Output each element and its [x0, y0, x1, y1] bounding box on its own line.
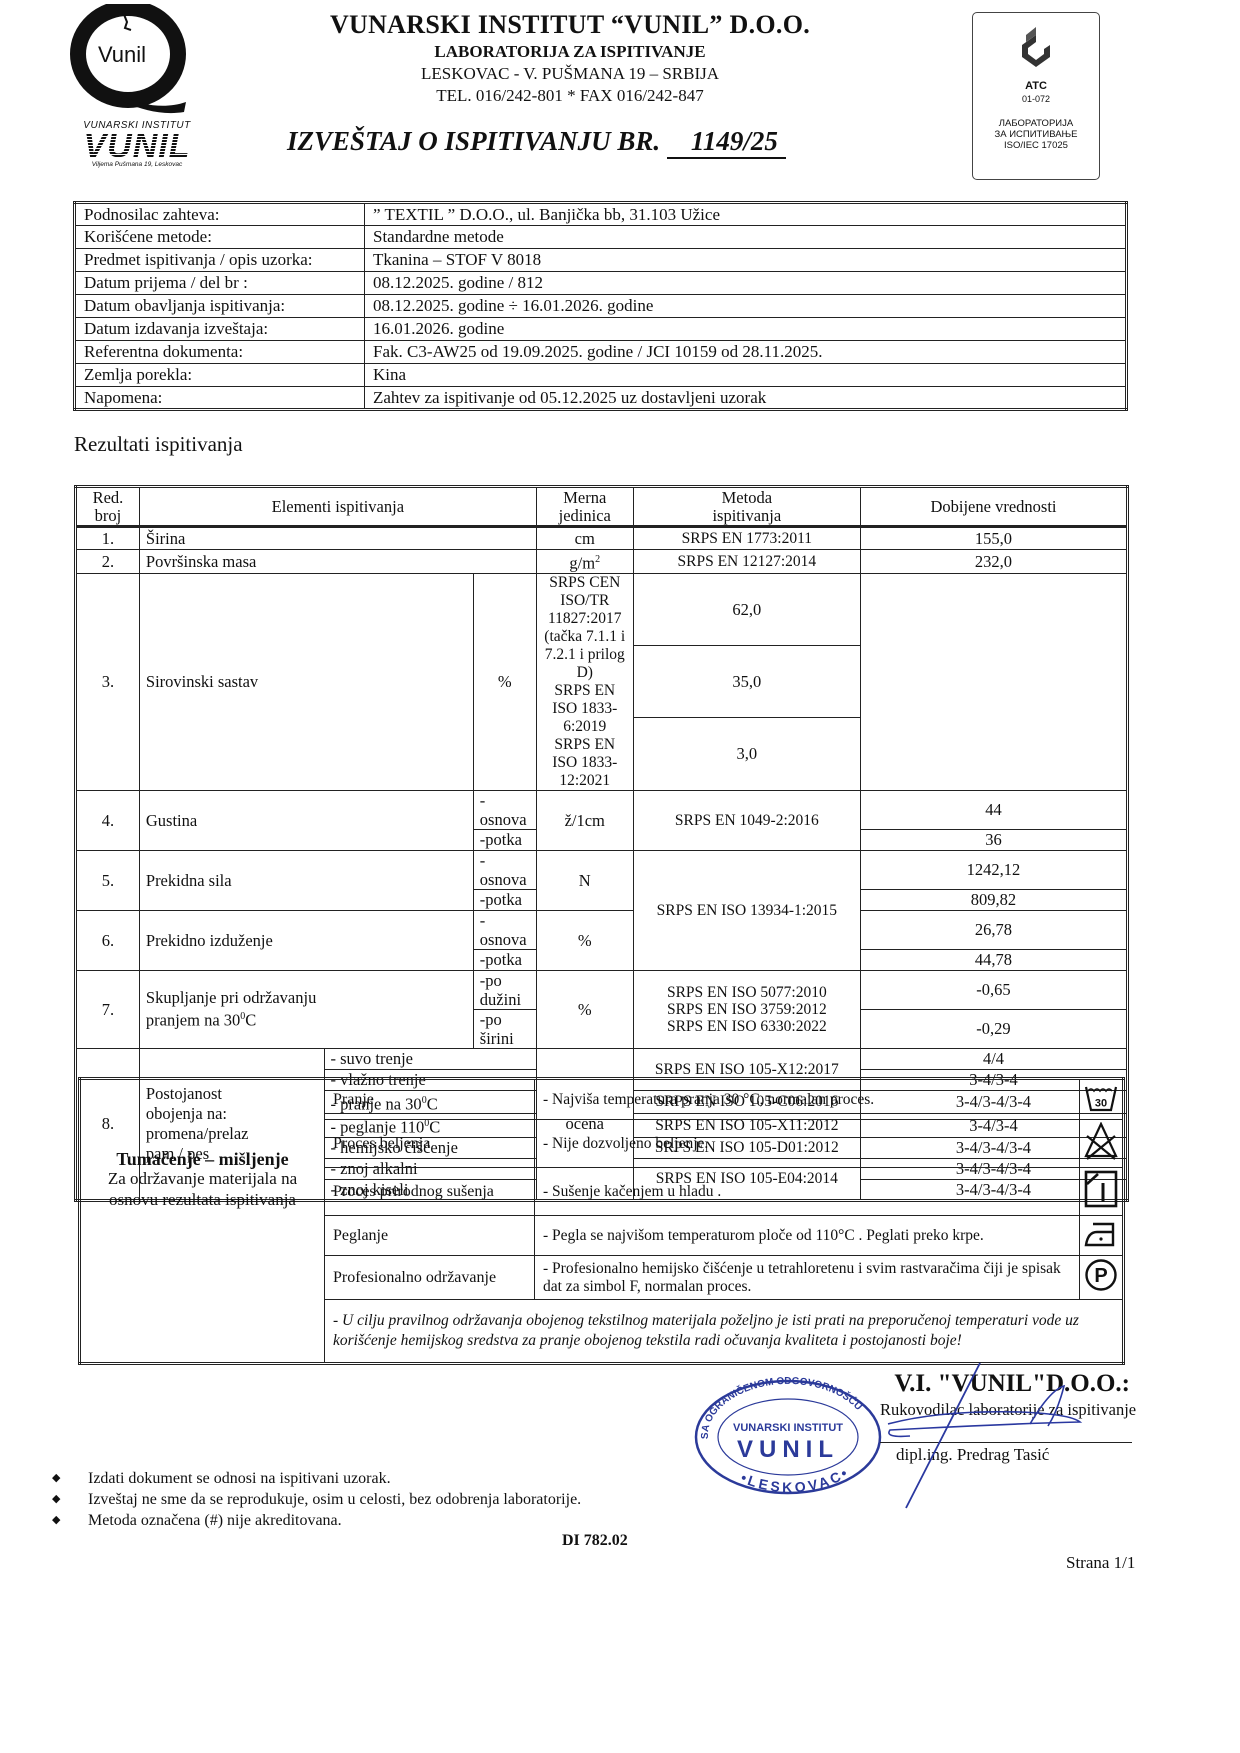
interpretation-title: Tumačenje – mišljenje — [89, 1150, 316, 1168]
table-row: 2. Površinska masa g/m2 SRPS EN 12127:20… — [76, 550, 1128, 574]
results-heading: Rezultati ispitivanja — [74, 432, 243, 457]
col-header-value: Dobijene vrednosti — [860, 487, 1127, 527]
svg-text:•LESKOVAC•: •LESKOVAC• — [738, 1463, 852, 1495]
info-row: Datum izdavanja izveštaja:16.01.2026. go… — [75, 318, 1127, 341]
col-header-no: Red.broj — [76, 487, 140, 527]
table-row: 3. Sirovinski sastav % SRPS CEN ISO/TR 1… — [76, 573, 1128, 645]
report-title: IZVEŠTAJ O ISPITIVANJU BR. 1149/25 — [287, 126, 786, 159]
info-value: 08.12.2025. godine ÷ 16.01.2026. godine — [365, 295, 1127, 318]
info-label: Referentna dokumenta: — [75, 341, 365, 364]
info-label: Datum izdavanja izveštaja: — [75, 318, 365, 341]
disclaimer-list: Izdati dokument se odnosi na ispitivani … — [52, 1468, 581, 1531]
care-note: - U cilju pravilnog održavanja obojenog … — [325, 1300, 1124, 1364]
info-label: Datum prijema / del br : — [75, 272, 365, 295]
svg-text:30: 30 — [1095, 1098, 1107, 1110]
care-interpretation-table: Tumačenje – mišljenje Za održavanje mate… — [78, 1077, 1125, 1365]
col-header-method: Metodaispitivanja — [633, 487, 860, 527]
info-row: Napomena:Zahtev za ispitivanje od 05.12.… — [75, 387, 1127, 410]
svg-text:Vunil: Vunil — [98, 42, 146, 67]
col-header-element: Elementi ispitivanja — [139, 487, 536, 527]
info-label: Datum obavljanja ispitivanja: — [75, 295, 365, 318]
svg-text:VUNIL: VUNIL — [737, 1436, 839, 1463]
info-value: ” TEXTIL ” D.O.O., ul. Banjička bb, 31.1… — [365, 203, 1127, 226]
table-row: 5. Prekidna sila -osnova N SRPS EN ISO 1… — [76, 850, 1128, 889]
vunil-brand-logo: VUNARSKI INSTITUT VUNIL Viljema Pušmana … — [72, 120, 202, 168]
info-value: Tkanina – STOF V 8018 — [365, 249, 1127, 272]
letterhead: VUNARSKI INSTITUT “VUNIL” D.O.O. LABORAT… — [290, 10, 850, 106]
care-row: Tumačenje – mišljenje Za održavanje mate… — [80, 1079, 1124, 1120]
info-row: Datum prijema / del br :08.12.2025. godi… — [75, 272, 1127, 295]
report-number: 1149/25 — [667, 126, 786, 159]
svg-text:P: P — [1094, 1265, 1107, 1287]
info-value: Zahtev za ispitivanje od 05.12.2025 uz d… — [365, 387, 1127, 410]
signature-company: V.I. "VUNIL"D.O.O.: — [880, 1370, 1130, 1398]
interpretation-subtitle: Za održavanje materijala na osnovu rezul… — [89, 1168, 316, 1210]
disclaimer-item: Izveštaj ne sme da se reprodukuje, osim … — [52, 1489, 581, 1510]
disclaimer-item: Metoda označena (#) nije akreditovana. — [52, 1510, 581, 1531]
signature-line — [880, 1442, 1132, 1443]
table-row: 7. Skupljanje pri održavanju pranjem na … — [76, 970, 1128, 1009]
dry-clean-p-icon: P — [1084, 1258, 1118, 1292]
line-dry-shade-icon — [1084, 1170, 1118, 1208]
document-code: DI 782.02 — [562, 1532, 628, 1550]
no-bleach-icon — [1084, 1122, 1118, 1160]
info-row: Referentna dokumenta:Fak. C3-AW25 od 19.… — [75, 341, 1127, 364]
table-row: 8. Postojanost obojenja na: promena/prel… — [76, 1048, 1128, 1069]
info-row: Podnosilac zahteva:” TEXTIL ” D.O.O., ul… — [75, 203, 1127, 226]
info-label: Napomena: — [75, 387, 365, 410]
info-value: Fak. C3-AW25 od 19.09.2025. godine / JCI… — [365, 341, 1127, 364]
info-value: 08.12.2025. godine / 812 — [365, 272, 1127, 295]
table-row: 1. Širina cm SRPS EN 1773:2011 155,0 — [76, 527, 1128, 550]
laboratory-name: LABORATORIJA ZA ISPITIVANJE — [290, 42, 850, 62]
phone-fax: TEL. 016/242-801 * FAX 016/242-847 — [290, 86, 850, 106]
table-row: 4. Gustina -osnova ž/1cm SRPS EN 1049-2:… — [76, 790, 1128, 829]
info-label: Zemlja porekla: — [75, 364, 365, 387]
info-value: Standardne metode — [365, 226, 1127, 249]
institute-stamp: SA OGRANIČENOM ODGOVORNOŠĆU VUNARSKI INS… — [690, 1373, 885, 1498]
info-value: Kina — [365, 364, 1127, 387]
signatory-name: dipl.ing. Predrag Tasić — [880, 1445, 1130, 1465]
table-row: 6. Prekidno izduženje -osnova % 26,78 — [76, 910, 1128, 949]
info-row: Zemlja porekla:Kina — [75, 364, 1127, 387]
vunil-q-logo: Vunil — [68, 4, 188, 114]
wash-30-icon: 30 — [1084, 1082, 1118, 1112]
signature-role: Rukovodilac laboratorije za ispitivanje — [880, 1400, 1130, 1420]
info-row: Korišćene metode:Standardne metode — [75, 226, 1127, 249]
request-info-table: Podnosilac zahteva:” TEXTIL ” D.O.O., ul… — [73, 201, 1128, 411]
col-header-unit: Mernajedinica — [536, 487, 633, 527]
page-number: Strana 1/1 — [1066, 1553, 1135, 1573]
iron-low-icon — [1083, 1218, 1119, 1248]
info-row: Predmet ispitivanja / opis uzorka:Tkanin… — [75, 249, 1127, 272]
info-label: Korišćene metode: — [75, 226, 365, 249]
info-label: Predmet ispitivanja / opis uzorka: — [75, 249, 365, 272]
info-value: 16.01.2026. godine — [365, 318, 1127, 341]
accreditation-badge: ATC 01-072 ЛАБОРАТОРИЈА ЗА ИСПИТИВАЊЕ IS… — [972, 12, 1100, 180]
organization-name: VUNARSKI INSTITUT “VUNIL” D.O.O. — [290, 10, 850, 40]
info-row: Datum obavljanja ispitivanja:08.12.2025.… — [75, 295, 1127, 318]
address: LESKOVAC - V. PUŠMANA 19 – SRBIJA — [290, 64, 850, 84]
info-label: Podnosilac zahteva: — [75, 203, 365, 226]
svg-text:VUNARSKI INSTITUT: VUNARSKI INSTITUT — [733, 1422, 843, 1434]
signature-block: V.I. "VUNIL"D.O.O.: Rukovodilac laborato… — [880, 1370, 1130, 1465]
atc-logo-icon — [1014, 21, 1058, 73]
disclaimer-item: Izdati dokument se odnosi na ispitivani … — [52, 1468, 581, 1489]
